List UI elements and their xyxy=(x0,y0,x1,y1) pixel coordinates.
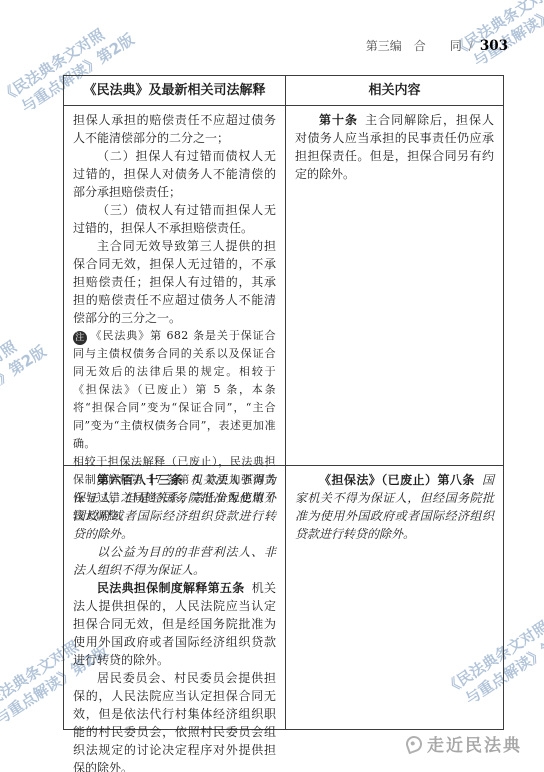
row2-left-p2: 以公益为目的的非营利法人、非法人组织不得为保证人。 xyxy=(73,543,276,579)
row1-right-article: 第十条主合同解除后，担保人对债务人应当承担的民事责任仍应承担担保责任。但是，担保… xyxy=(295,111,494,183)
row2-left-p4: 居民委员会、村民委员会提供担保的，人民法院应当认定担保合同无效，但是依法代行村集… xyxy=(73,669,276,772)
row1-left-p1: 担保人承担的赔偿责任不应超过债务人不能清偿部分的二分之一； xyxy=(73,111,276,147)
row1-left-p3: （三）债权人有过错而担保人无过错的，担保人不承担赔偿责任。 xyxy=(73,201,276,237)
running-head: 第三编 合 同 / 303 xyxy=(366,37,508,54)
footer-logo-label: 走近民法典 xyxy=(427,731,522,756)
row1-right-cell: 第十条主合同解除后，担保人对债务人应当承担的民事责任仍应承担担保责任。但是，担保… xyxy=(286,106,503,466)
watermark-line2: 与重点解读》第2版 xyxy=(0,341,50,435)
note-text: 《民法典》第 682 条是关于保证合同与主债权债务合同的关系以及保证合同无效后的… xyxy=(73,329,276,450)
watermark-line1: 《民法典条文对照 xyxy=(0,324,39,418)
mascot-icon xyxy=(404,733,425,754)
comparison-table: 《民法典》及最新相关司法解释 相关内容 担保人承担的赔偿责任不应超过债务人不能清… xyxy=(63,75,504,730)
row1-left-cell: 担保人承担的赔偿责任不应超过债务人不能清偿部分的二分之一； （二）担保人有过错而… xyxy=(64,106,286,466)
book-page: 《民法典条文对照 与重点解读》第2版 《民法典条文对照 与重点解读》第2版 《民… xyxy=(0,0,544,772)
article-number: 第六百八十三条 xyxy=(97,473,183,487)
note-icon: 注 xyxy=(73,331,87,345)
column-header-civil-code: 《民法典》及最新相关司法解释 xyxy=(64,76,286,106)
row2-left-cell: 第六百八十三条机关法人不得为保证人，但是经国务院批准为使用外国政府或者国际经济组… xyxy=(64,466,286,729)
row2-right-cell: 《担保法》（已废止）第八条国家机关不得为保证人，但经国务院批准为使用外国政府或者… xyxy=(286,466,503,729)
row1-left-p4: 主合同无效导致第三人提供的担保合同无效，担保人无过错的，不承担赔偿责任；担保人有… xyxy=(73,237,276,327)
article-number: 第十条 xyxy=(319,113,358,127)
article-number: 《担保法》（已废止）第八条 xyxy=(319,473,475,487)
row2-left-article683: 第六百八十三条机关法人不得为保证人，但是经国务院批准为使用外国政府或者国际经济组… xyxy=(73,471,276,543)
row1-left-note: 注《民法典》第 682 条是关于保证合同与主债权债务合同的关系以及保证合同无效后… xyxy=(73,327,276,453)
row1-left-p2: （二）担保人有过错而债权人无过错的，担保人对债务人不能清偿的部分承担赔偿责任； xyxy=(73,147,276,201)
row2-right-article: 《担保法》（已废止）第八条国家机关不得为保证人，但经国务院批准为使用外国政府或者… xyxy=(295,471,494,543)
interpretation-number: 民法典担保制度解释第五条 xyxy=(97,581,245,595)
row2-left-interpretation: 民法典担保制度解释第五条机关法人提供担保的，人民法院应当认定担保合同无效，但是经… xyxy=(73,579,276,669)
column-header-related: 相关内容 xyxy=(286,76,503,106)
page-number: 303 xyxy=(480,38,508,54)
footer-logo: 走近民法典 xyxy=(406,731,522,756)
running-head-separator: / xyxy=(469,39,473,53)
running-head-section: 第三编 合 同 xyxy=(366,37,462,54)
watermark-middle-left: 《民法典条文对照 与重点解读》第2版 xyxy=(0,324,50,435)
